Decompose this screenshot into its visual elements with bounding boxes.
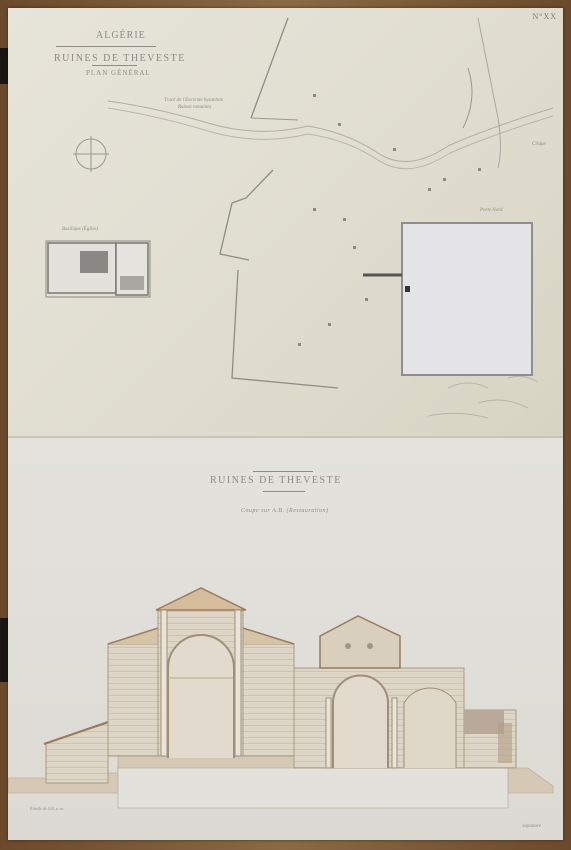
drawing-sheet: N°XX ALGÉRIE RUINES DE THEVESTE PLAN GÉN… xyxy=(8,8,563,840)
basilica-inset-plan xyxy=(46,241,150,297)
citadel-enclosure xyxy=(363,223,532,375)
plan-linework xyxy=(8,8,563,436)
section-elevation-drawing xyxy=(8,438,563,840)
section-panel: RUINES DE THEVESTE Coupe sur A.B. (Resta… xyxy=(8,438,563,840)
general-plan-panel: N°XX ALGÉRIE RUINES DE THEVESTE PLAN GÉN… xyxy=(8,8,563,436)
